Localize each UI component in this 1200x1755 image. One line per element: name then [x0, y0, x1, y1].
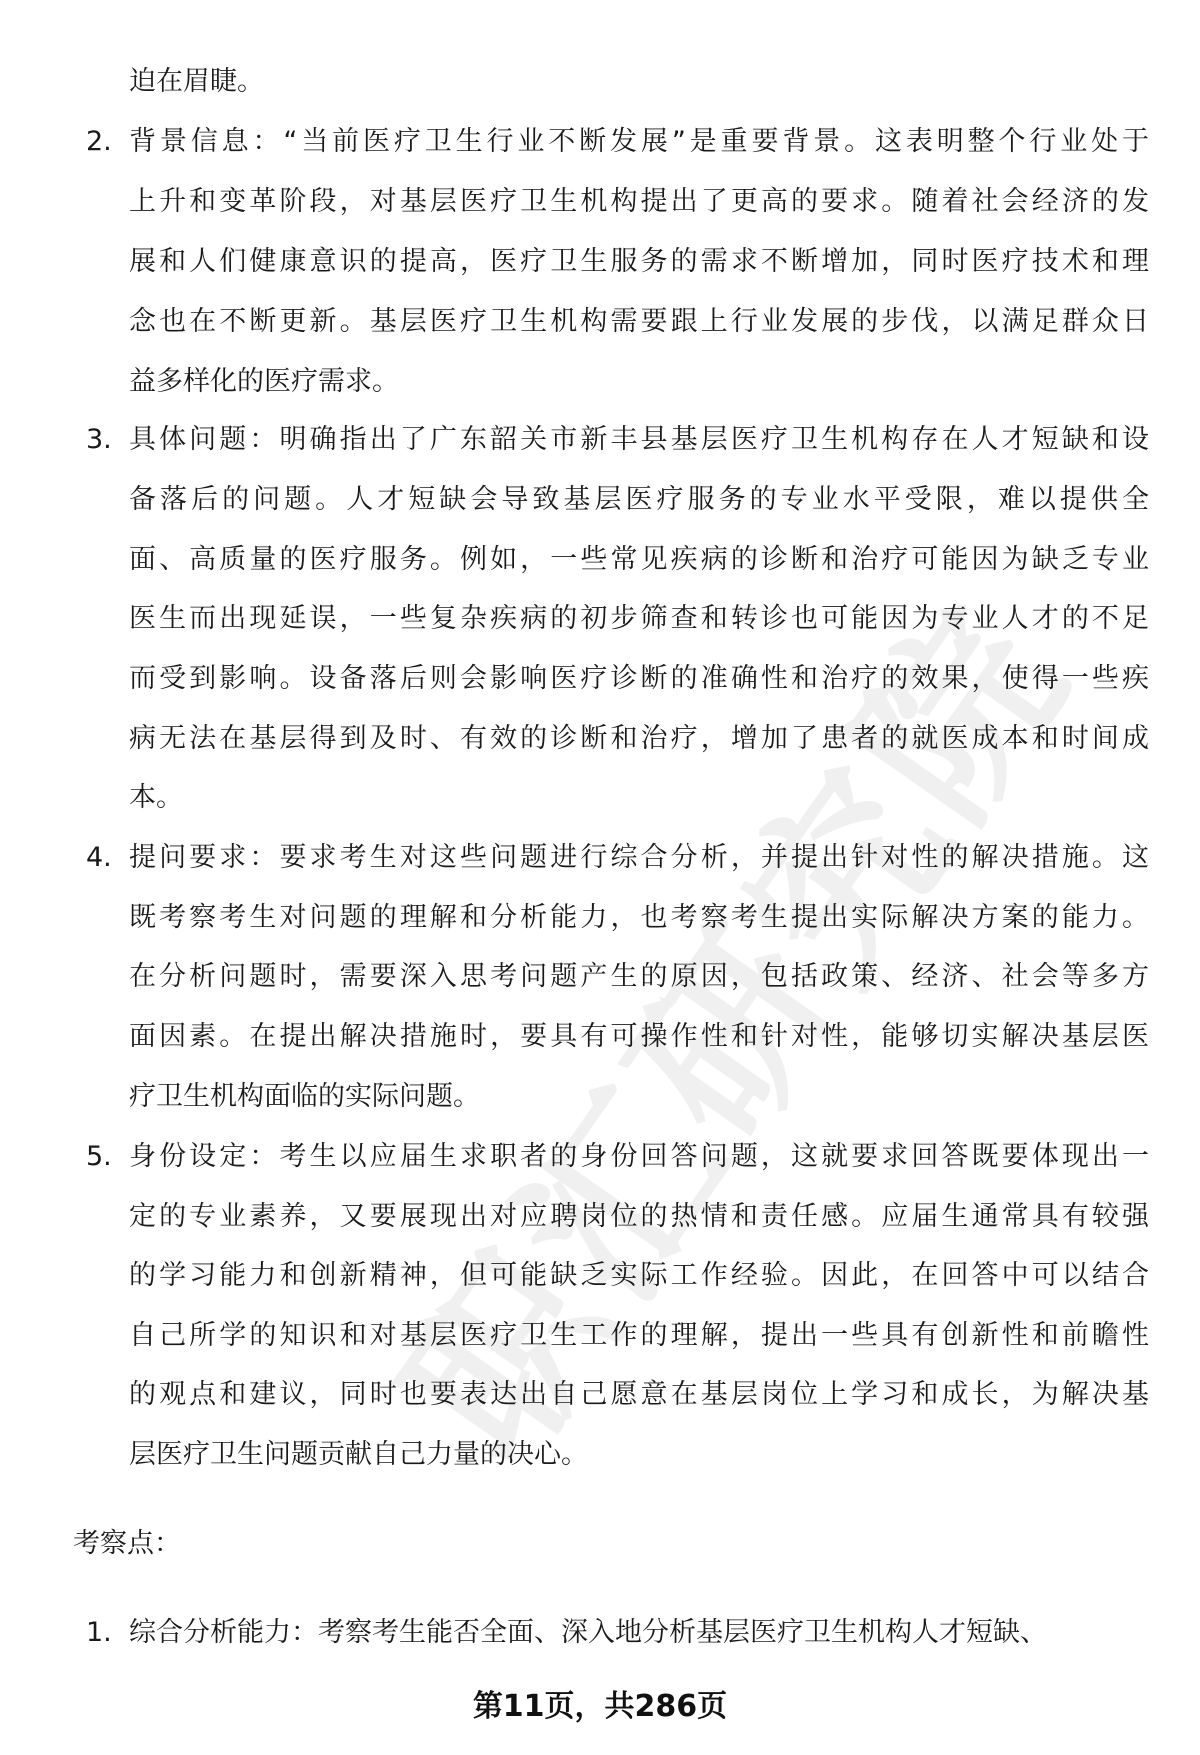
list-item-line: 面因素。在提出解决措施时，要具有可操作性和针对性，能够切实解决基层医	[129, 1007, 1149, 1067]
list-item-line: 展和人们健康意识的提高，医疗卫生服务的需求不断增加，同时医疗技术和理	[129, 232, 1149, 292]
list-item-line: 背景信息：“当前医疗卫生行业不断发展”是重要背景。这表明整个行业处于	[129, 112, 1149, 172]
list-item-number: 3.	[86, 410, 112, 470]
list-item-line: 具体问题：明确指出了广东韶关市新丰县基层医疗卫生机构存在人才短缺和设	[129, 410, 1149, 470]
list-item-number: 5.	[86, 1127, 112, 1187]
list-item-line: 的学习能力和创新精神，但可能缺乏实际工作经验。因此，在回答中可以结合	[129, 1246, 1149, 1306]
list-item-line: 疗卫生机构面临的实际问题。	[129, 1067, 1149, 1127]
list-item-number: 2.	[86, 112, 112, 172]
list-item-line: 念也在不断更新。基层医疗卫生机构需要跟上行业发展的步伐，以满足群众日	[129, 292, 1149, 352]
list-item-line: 自己所学的知识和对基层医疗卫生工作的理解，提出一些具有创新性和前瞻性	[129, 1306, 1149, 1366]
list-item-line: 上升和变革阶段，对基层医疗卫生机构提出了更高的要求。随着社会经济的发	[129, 172, 1149, 232]
continuation-line: 迫在眉睫。	[129, 52, 1149, 112]
list-item-line: 病无法在基层得到及时、有效的诊断和治疗，增加了患者的就医成本和时间成	[129, 709, 1149, 769]
list-item-number: 1.	[86, 1603, 112, 1663]
list-item-line: 既考察考生对问题的理解和分析能力，也考察考生提出实际解决方案的能力。	[129, 888, 1149, 948]
list-item-line: 在分析问题时，需要深入思考问题产生的原因，包括政策、经济、社会等多方	[129, 947, 1149, 1007]
list-item-line: 而受到影响。设备落后则会影响医疗诊断的准确性和治疗的效果，使得一些疾	[129, 649, 1149, 709]
document-page: 职汇研究院 迫在眉睫。 2. 背景信息：“当前医疗卫生行业不断发展”是重要背景。…	[0, 0, 1200, 1755]
section-heading: 考察点：	[73, 1514, 181, 1574]
list-item-line: 益多样化的医疗需求。	[129, 352, 1149, 412]
list-item-line: 定的专业素养，又要展现出对应聘岗位的热情和责任感。应届生通常具有较强	[129, 1187, 1149, 1247]
list-item-line: 提问要求：要求考生对这些问题进行综合分析，并提出针对性的解决措施。这	[129, 828, 1149, 888]
list-item-line: 本。	[129, 768, 1149, 828]
list-item-line: 的观点和建议，同时也要表达出自己愿意在基层岗位上学习和成长，为解决基	[129, 1365, 1149, 1425]
list-item-line: 面、高质量的医疗服务。例如，一些常见疾病的诊断和治疗可能因为缺乏专业	[129, 530, 1149, 590]
list-item-number: 4.	[86, 828, 112, 888]
list-item-line: 综合分析能力：考察考生能否全面、深入地分析基层医疗卫生机构人才短缺、	[129, 1603, 1149, 1663]
list-item-line: 层医疗卫生问题贡献自己力量的决心。	[129, 1425, 1149, 1485]
list-item-line: 备落后的问题。人才短缺会导致基层医疗服务的专业水平受限，难以提供全	[129, 470, 1149, 530]
page-number: 第11页，共286页	[0, 1682, 1200, 1732]
list-item-line: 身份设定：考生以应届生求职者的身份回答问题，这就要求回答既要体现出一	[129, 1127, 1149, 1187]
list-item-line: 医生而出现延误，一些复杂疾病的初步筛查和转诊也可能因为专业人才的不足	[129, 589, 1149, 649]
